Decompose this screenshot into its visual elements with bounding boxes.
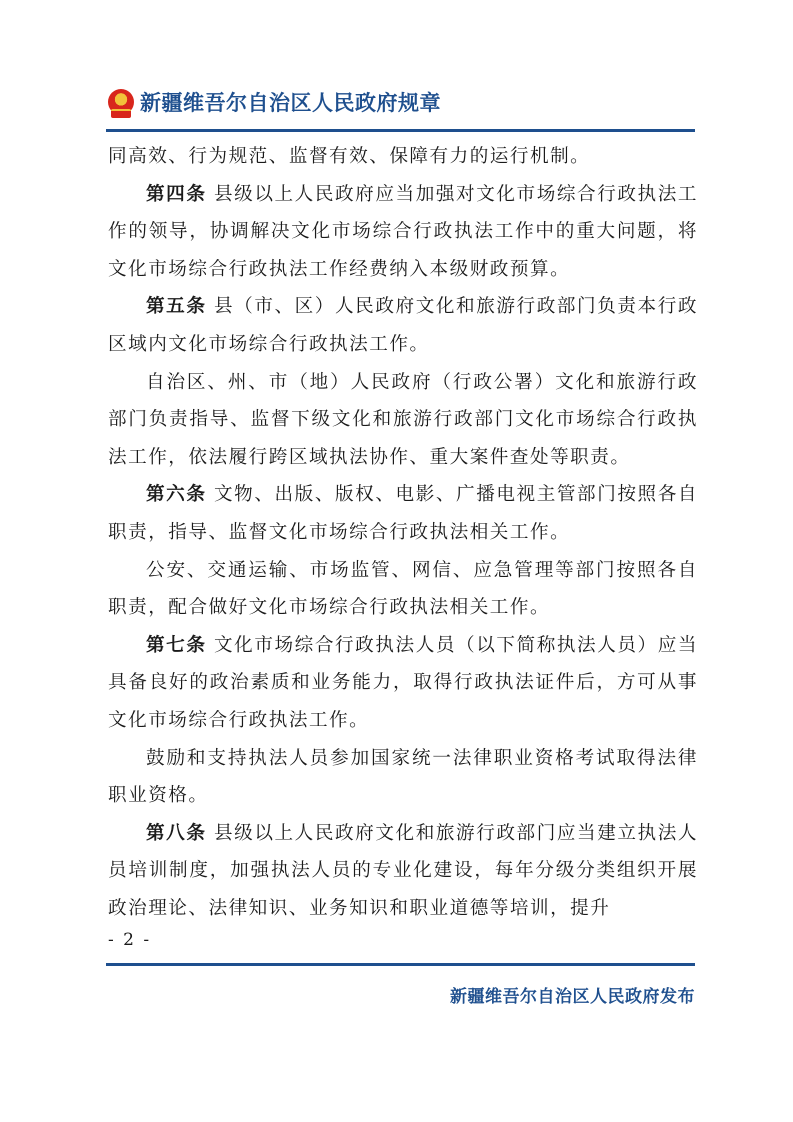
article-heading: 第五条 <box>146 296 207 317</box>
article-heading: 第六条 <box>146 484 207 505</box>
page-number: - 2 - <box>108 930 151 950</box>
paragraph: 自治区、州、市（地）人民政府（行政公署）文化和旅游行政部门负责指导、监督下级文化… <box>108 364 698 477</box>
article-4: 第四条 县级以上人民政府应当加强对文化市场综合行政执法工作的领导，协调解决文化市… <box>108 176 698 289</box>
article-heading: 第四条 <box>146 184 207 205</box>
paragraph: 鼓励和支持执法人员参加国家统一法律职业资格考试取得法律职业资格。 <box>108 740 698 815</box>
document-header: 新疆维吾尔自治区人民政府规章 <box>108 84 441 120</box>
header-divider <box>106 129 695 132</box>
article-8: 第八条 县级以上人民政府文化和旅游行政部门应当建立执法人员培训制度，加强执法人员… <box>108 815 698 928</box>
article-7: 第七条 文化市场综合行政执法人员（以下简称执法人员）应当具备良好的政治素质和业务… <box>108 627 698 740</box>
national-emblem-icon <box>108 89 134 115</box>
article-heading: 第七条 <box>146 635 207 656</box>
article-5: 第五条 县（市、区）人民政府文化和旅游行政部门负责本行政区域内文化市场综合行政执… <box>108 288 698 363</box>
footer-publisher: 新疆维吾尔自治区人民政府发布 <box>450 982 695 1007</box>
article-6: 第六条 文物、出版、版权、电影、广播电视主管部门按照各自职责，指导、监督文化市场… <box>108 476 698 551</box>
article-heading: 第八条 <box>146 823 207 844</box>
paragraph: 同高效、行为规范、监督有效、保障有力的运行机制。 <box>108 138 698 176</box>
document-body: 同高效、行为规范、监督有效、保障有力的运行机制。 第四条 县级以上人民政府应当加… <box>108 138 698 927</box>
paragraph: 公安、交通运输、市场监管、网信、应急管理等部门按照各自职责，配合做好文化市场综合… <box>108 552 698 627</box>
footer-divider <box>106 963 695 966</box>
header-title: 新疆维吾尔自治区人民政府规章 <box>140 87 441 117</box>
